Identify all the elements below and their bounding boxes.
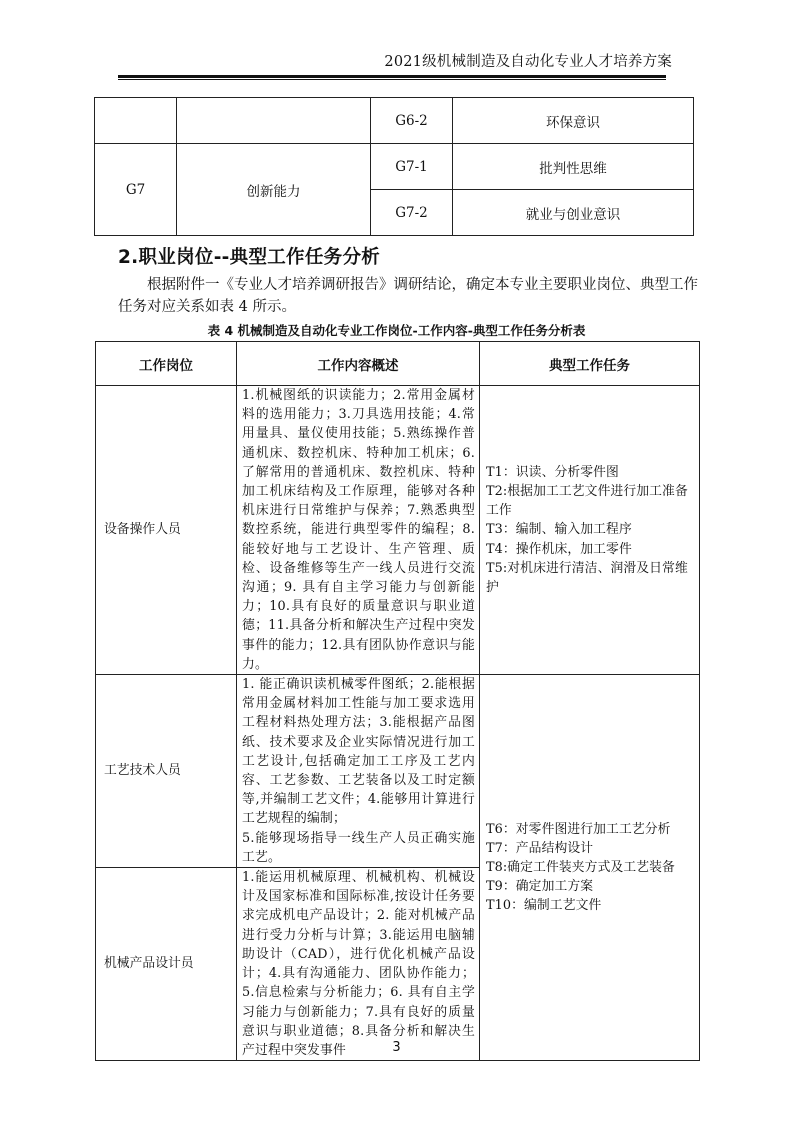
job-post: 机械产品设计员	[96, 868, 237, 1061]
section-heading: 2.职业岗位--典型工作任务分析	[118, 243, 380, 269]
header-divider-thin	[118, 79, 666, 80]
task-item: T4：操作机床，加工零件	[486, 540, 695, 559]
competency-table: G6-2 环保意识 G7 创新能力 G7-1 批判性思维 G7-2 就业与创业意…	[94, 97, 694, 236]
column-header-content: 工作内容概述	[237, 342, 480, 386]
sub-competency-code: G6-2	[371, 98, 453, 144]
job-content: 1.能运用机械原理、机械机构、机械设计及国家标准和国际标准,按设计任务要求完成机…	[237, 868, 480, 1061]
job-post: 设备操作人员	[96, 386, 237, 675]
competency-code: G7	[95, 144, 177, 236]
task-item: T9：确定加工方案	[486, 877, 695, 896]
task-item: T8:确定工件装夹方式及工艺装备	[486, 858, 695, 877]
table-row: 设备操作人员 1.机械图纸的识读能力；2.常用金属材料的选用能力；3.刀具选用技…	[96, 386, 700, 675]
task-item: T3：编制、输入加工程序	[486, 520, 695, 539]
job-content-text: 5.能够现场指导一线生产人员正确实施工艺。	[242, 831, 475, 865]
typical-tasks: T6：对零件图进行加工工艺分析 T7：产品结构设计 T8:确定工件装夹方式及工艺…	[480, 675, 700, 1061]
page-number: 3	[0, 1040, 793, 1055]
job-content-text: 1. 能正确识读机械零件图纸；2.能根据常用金属材料加工性能与加工要求选用工程材…	[242, 677, 475, 826]
task-item: T7：产品结构设计	[486, 839, 695, 858]
intro-paragraph: 根据附件一《专业人才培养调研报告》调研结论，确定本专业主要职业岗位、典型工作任务…	[118, 274, 698, 318]
document-header-title: 2021级机械制造及自动化专业人才培养方案	[290, 50, 672, 71]
competency-name: 创新能力	[177, 144, 371, 236]
job-task-analysis-table: 工作岗位 工作内容概述 典型工作任务 设备操作人员 1.机械图纸的识读能力；2.…	[95, 341, 700, 1061]
task-item: T10：编制工艺文件	[486, 896, 695, 915]
sub-competency-code: G7-2	[371, 190, 453, 236]
table-caption: 表 4 机械制造及自动化专业工作岗位-工作内容-典型工作任务分析表	[94, 321, 699, 339]
sub-competency-name: 就业与创业意识	[453, 190, 694, 236]
typical-tasks: T1：识读、分析零件图 T2:根据加工工艺文件进行加工准备工作 T3：编制、输入…	[480, 386, 700, 675]
competency-name	[177, 98, 371, 144]
task-item: T1：识读、分析零件图	[486, 463, 695, 482]
task-item: T5:对机床进行清洁、润滑及日常维护	[486, 559, 695, 597]
task-item: T2:根据加工工艺文件进行加工准备工作	[486, 482, 695, 520]
header-divider	[118, 75, 666, 78]
table-row: 工艺技术人员 1. 能正确识读机械零件图纸；2.能根据常用金属材料加工性能与加工…	[96, 675, 700, 868]
table-row: G7 创新能力 G7-1 批判性思维	[95, 144, 694, 190]
sub-competency-name: 环保意识	[453, 98, 694, 144]
table-row: G6-2 环保意识	[95, 98, 694, 144]
sub-competency-name: 批判性思维	[453, 144, 694, 190]
job-content: 1.机械图纸的识读能力；2.常用金属材料的选用能力；3.刀具选用技能；4.常用量…	[237, 386, 480, 675]
column-header-post: 工作岗位	[96, 342, 237, 386]
task-item: T6：对零件图进行加工工艺分析	[486, 820, 695, 839]
sub-competency-code: G7-1	[371, 144, 453, 190]
table-header-row: 工作岗位 工作内容概述 典型工作任务	[96, 342, 700, 386]
column-header-tasks: 典型工作任务	[480, 342, 700, 386]
job-content: 1. 能正确识读机械零件图纸；2.能根据常用金属材料加工性能与加工要求选用工程材…	[237, 675, 480, 868]
job-post: 工艺技术人员	[96, 675, 237, 868]
competency-code	[95, 98, 177, 144]
